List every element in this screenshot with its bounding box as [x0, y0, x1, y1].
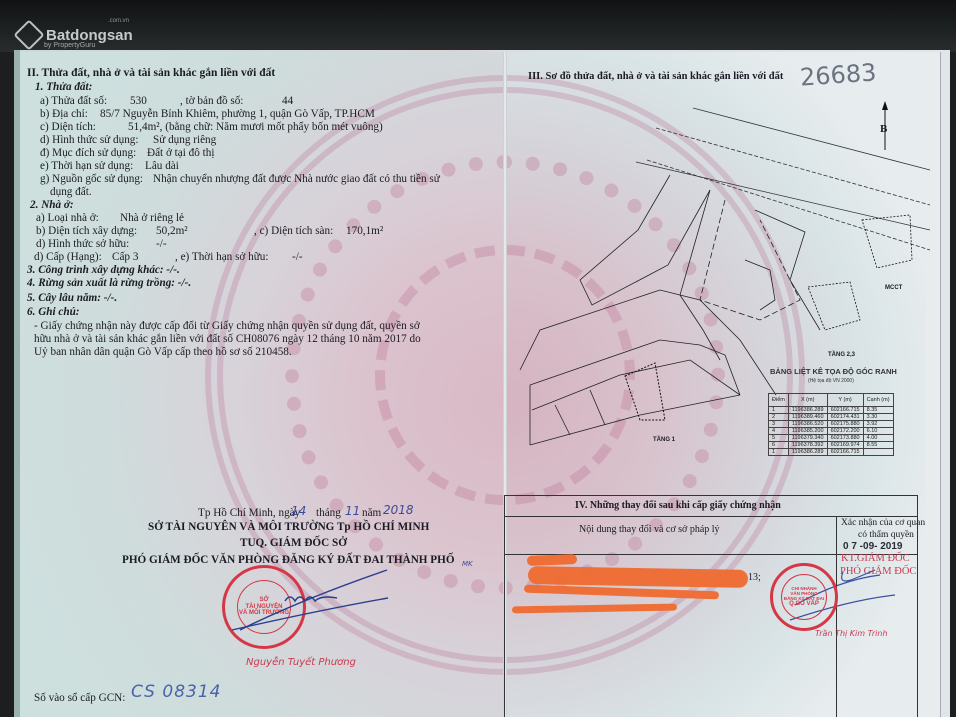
coord-table-row: 11196386.289602166.7158.35 [769, 407, 894, 414]
coord-table-cell: 1196386.520 [788, 421, 827, 428]
coord-table-title: BẢNG LIỆT KÊ TỌA ĐỘ GÓC RANH [770, 368, 897, 376]
floor23-label: TẦNG 2,3 [828, 352, 855, 358]
right-signer-name: Trần Thị Kim Trinh [815, 630, 888, 638]
north-arrow-icon [882, 101, 888, 110]
coord-table-cell: 8.35 [863, 407, 893, 414]
coord-table-row: 61196378.392602169.9748.55 [769, 442, 894, 449]
coord-table: ĐiểmX (m)Y (m)Cạnh (m) 11196386.28960216… [768, 393, 894, 456]
official-seal-right: CHI NHÁNH VĂN PHÒNG ĐĂNG KÝ ĐẤT ĐAI Q.GÒ… [770, 563, 838, 631]
coord-table-header: Cạnh (m) [863, 394, 893, 407]
coord-table-cell: 3.92 [863, 421, 893, 428]
coord-table-cell: 5 [769, 435, 789, 442]
coord-table-cell: 602169.974 [827, 442, 863, 449]
coord-table-row: 41196385.200602172.2006.10 [769, 428, 894, 435]
coord-table-row: 21196389.460602174.4313.30 [769, 414, 894, 421]
floor1-label: TẦNG 1 [653, 437, 675, 443]
coord-table-cell: 1196386.289 [788, 407, 827, 414]
coord-table-cell: 1196379.340 [788, 435, 827, 442]
roof-label: MCCT [885, 285, 902, 291]
coord-table-cell: 602166.715 [827, 449, 863, 456]
coord-table-cell: 1196389.460 [788, 414, 827, 421]
redaction-mark [527, 554, 577, 566]
coord-table-row: 11196386.289602166.715 [769, 449, 894, 456]
coord-table-cell: 602173.880 [827, 435, 863, 442]
section4-title: IV. Những thay đổi sau khi cấp giấy chứn… [575, 501, 781, 511]
coord-table-header: Điểm [769, 394, 789, 407]
coord-table-header: X (m) [788, 394, 827, 407]
coord-table-cell: 3.30 [863, 414, 893, 421]
coord-table-cell: 6 [769, 442, 789, 449]
col2-header-line1: Xác nhận của cơ quan [841, 519, 925, 529]
coord-table-cell: 602166.715 [827, 407, 863, 414]
seal-text: Q.GÒ VẤP [789, 601, 819, 608]
coord-table-cell: 1196378.392 [788, 442, 827, 449]
col2-header-line2: có thẩm quyền [858, 531, 914, 541]
coord-table-cell: 8.55 [863, 442, 893, 449]
coord-table-subtitle: (Hệ tọa độ VN 2000) [808, 379, 854, 384]
coord-table-cell: 1196386.289 [788, 449, 827, 456]
coord-table-cell: 4 [769, 428, 789, 435]
coord-table-row: 31196386.520602175.8803.92 [769, 421, 894, 428]
coord-table-cell: 602174.431 [827, 414, 863, 421]
coord-table-cell: 1196385.200 [788, 428, 827, 435]
section4-header-row: IV. Những thay đổi sau khi cấp giấy chứn… [505, 496, 917, 517]
coord-table-cell: 4.00 [863, 435, 893, 442]
coord-table-cell: 3 [769, 421, 789, 428]
coord-table-cell: 6.10 [863, 428, 893, 435]
coord-table-row: 51196379.340602173.8804.00 [769, 435, 894, 442]
coord-table-cell: 602175.880 [827, 421, 863, 428]
coord-table-cell: 1 [769, 407, 789, 414]
coord-table-cell [863, 449, 893, 456]
coord-table-cell: 2 [769, 414, 789, 421]
coord-table-header: Y (m) [827, 394, 863, 407]
auth-line2: PHÓ GIÁM ĐỐC [840, 567, 916, 578]
visible-fragment: 13; [748, 573, 761, 583]
stamp-date: 0 7 -09- 2019 [843, 542, 903, 552]
coord-table-cell: 1 [769, 449, 789, 456]
redaction-mark [528, 566, 748, 588]
coord-table-cell: 602172.200 [827, 428, 863, 435]
auth-line1: KT.GIÁM ĐỐC [841, 554, 910, 565]
